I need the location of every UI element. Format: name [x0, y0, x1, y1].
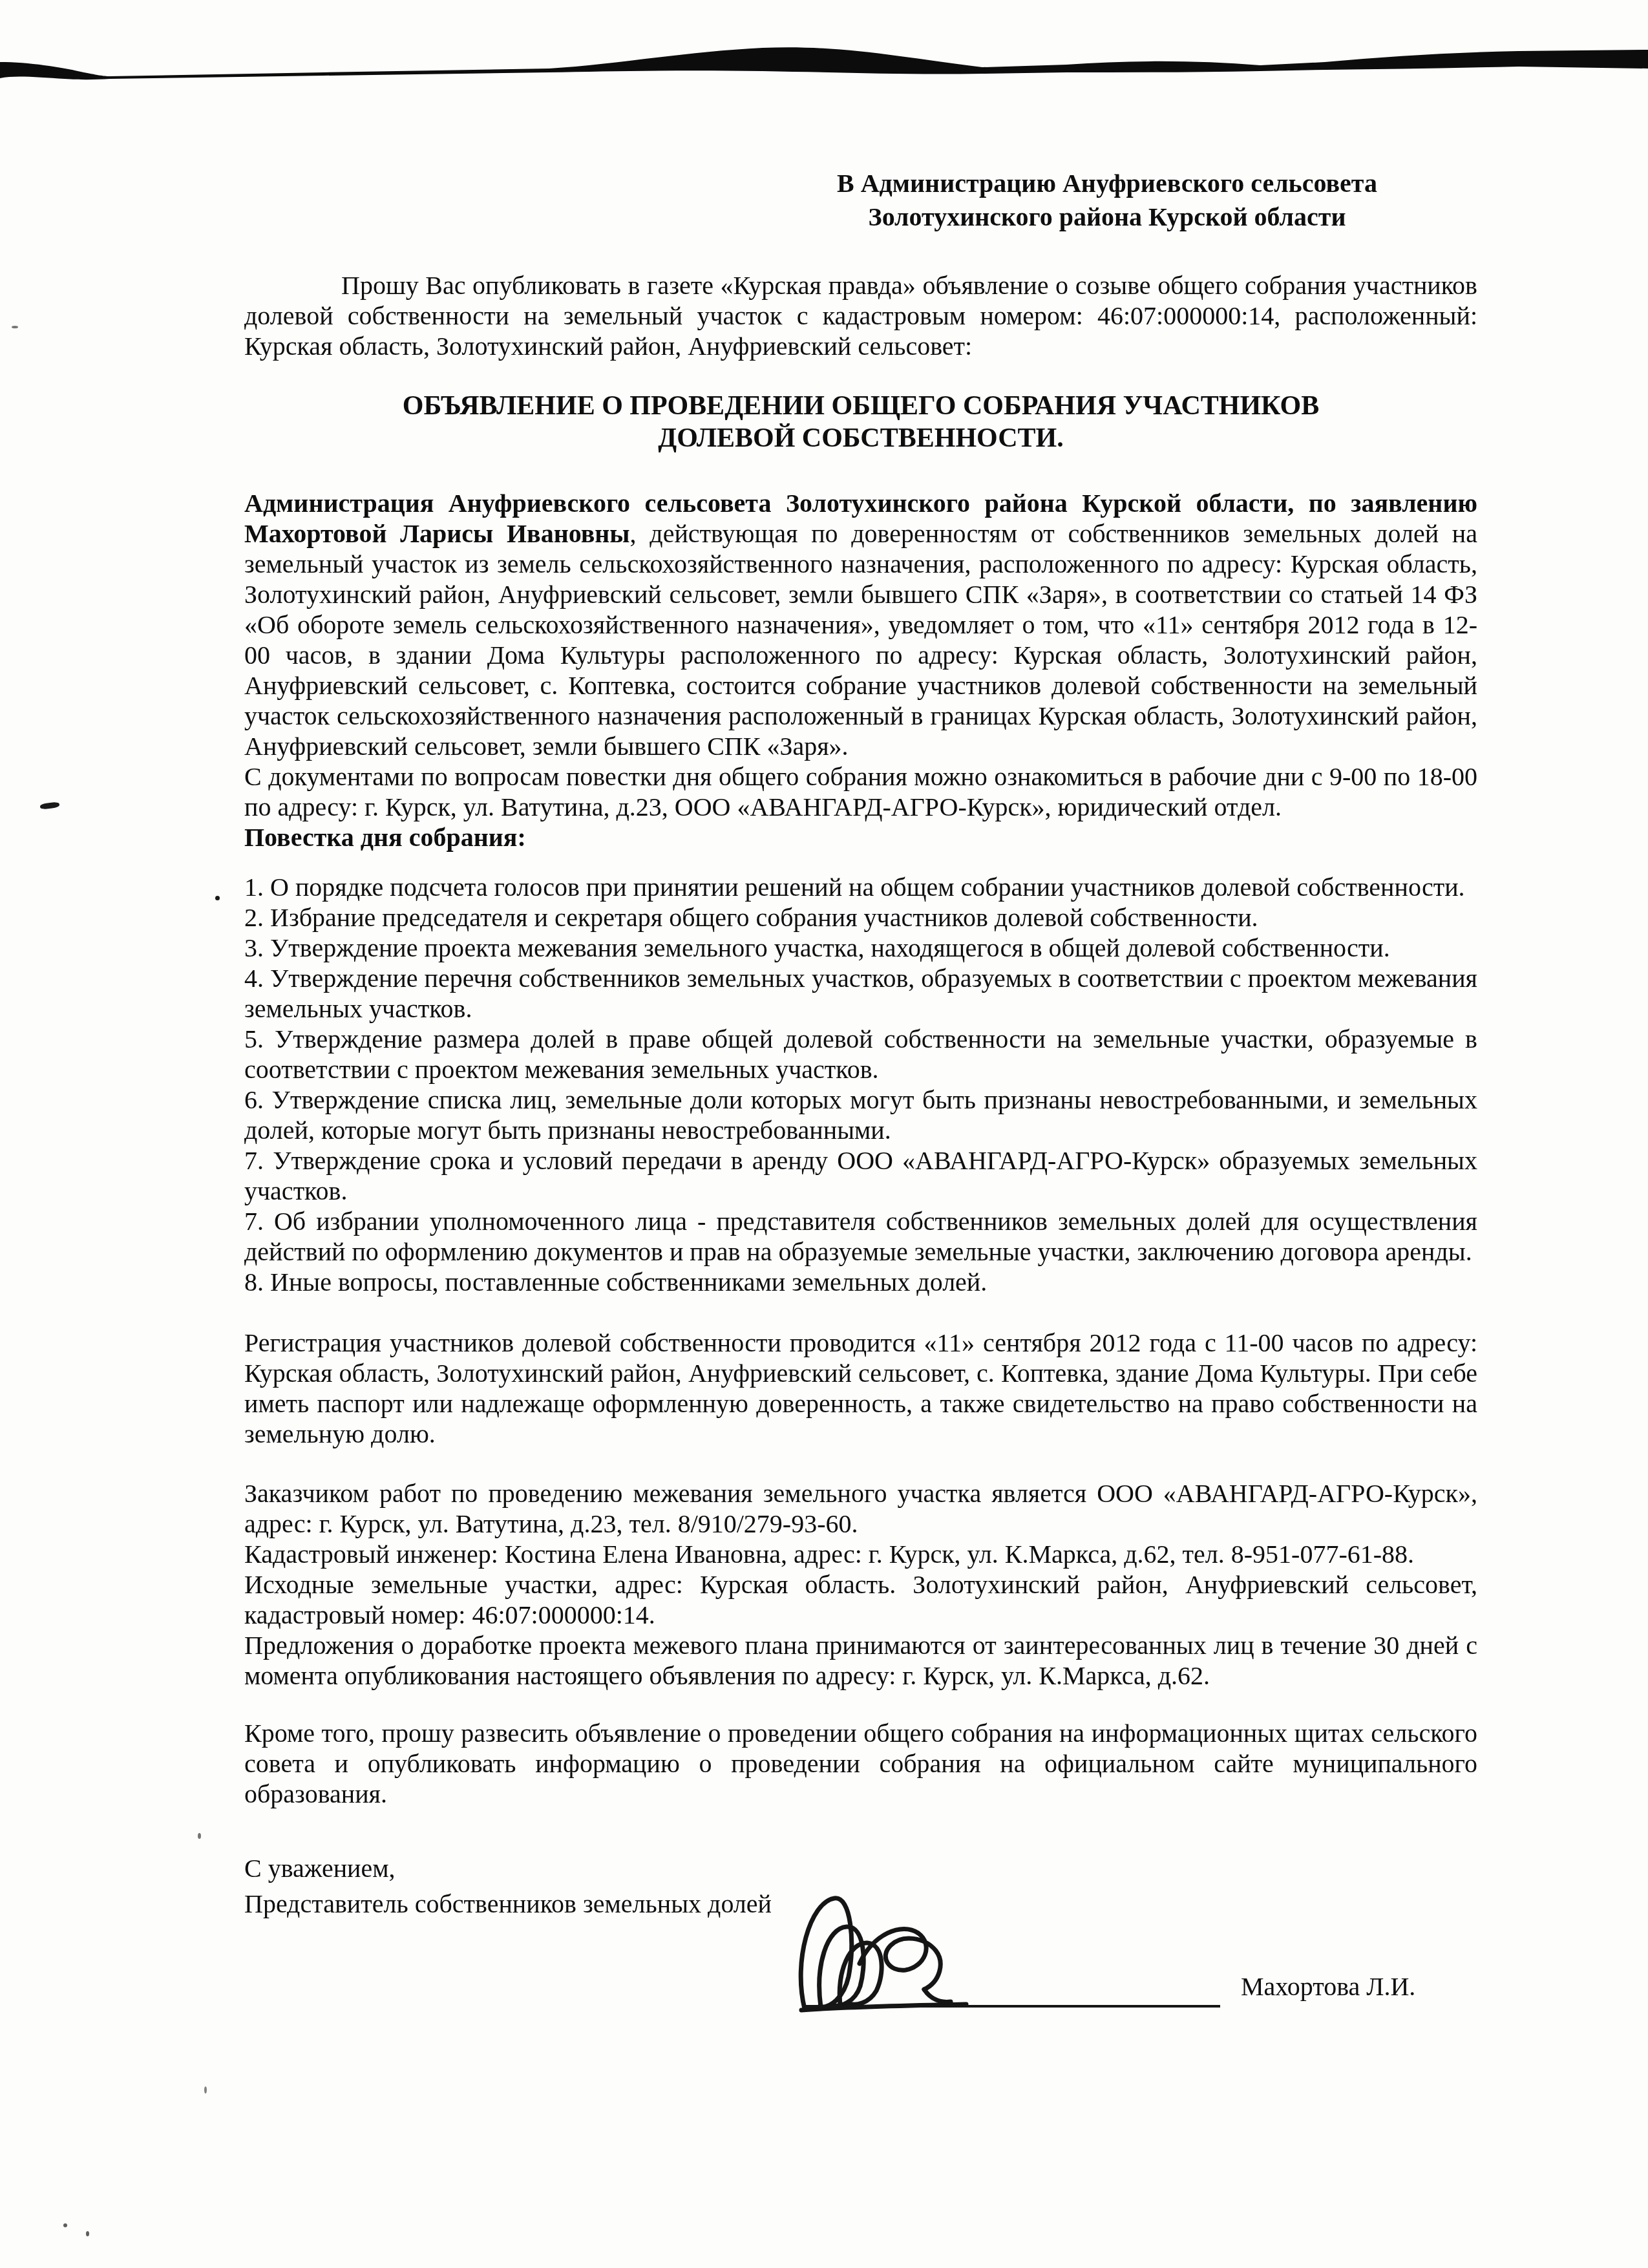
- agenda-item-7: 7. Утверждение срока и условий передачи …: [244, 1145, 1477, 1206]
- intro-paragraph: Прошу Вас опубликовать в газете «Курская…: [244, 270, 1477, 361]
- agenda-item-1: 1. О порядке подсчета голосов при принят…: [244, 872, 1477, 902]
- agenda-item-8: 8. Иные вопросы, поставленные собственни…: [244, 1267, 1477, 1297]
- signature-scribble: [772, 1891, 986, 2020]
- scan-artifact-speck: [86, 2231, 89, 2236]
- documents-info-paragraph: С документами по вопросам повестки дня о…: [244, 761, 1477, 822]
- agenda-heading: Повестка дня собрания:: [244, 822, 1477, 853]
- scan-artifact-speck: [12, 326, 18, 328]
- main-paragraph-rest: , действующая по доверенностям от собств…: [244, 519, 1477, 761]
- scan-artifact-dash: [40, 801, 60, 810]
- recipient-line-2: Золотухинского района Курской области: [813, 200, 1401, 234]
- scan-edge-artifact: [0, 0, 1648, 110]
- announcement-title-line-1: ОБЪЯВЛЕНИЕ О ПРОВЕДЕНИИ ОБЩЕГО СОБРАНИЯ …: [244, 390, 1477, 422]
- scan-artifact-speck: [215, 896, 220, 900]
- announcement-title: ОБЪЯВЛЕНИЕ О ПРОВЕДЕНИИ ОБЩЕГО СОБРАНИЯ …: [244, 390, 1477, 454]
- closing-line: С уважением,: [244, 1853, 1477, 1883]
- scan-artifact-speck: [63, 2223, 67, 2227]
- recipient-line-1: В Администрацию Ануфриевского сельсовета: [813, 167, 1401, 200]
- scan-artifact-speck: [204, 2086, 207, 2093]
- extra-request-paragraph: Кроме того, прошу развесить объявление о…: [244, 1718, 1477, 1809]
- agenda-item-2: 2. Избрание председателя и секретаря общ…: [244, 902, 1477, 933]
- agenda-item-5: 5. Утверждение размера долей в праве общ…: [244, 1024, 1477, 1085]
- source-parcels-paragraph: Исходные земельные участки, адрес: Курск…: [244, 1569, 1477, 1630]
- main-paragraph: Администрация Ануфриевского сельсовета З…: [244, 488, 1477, 761]
- letter-content: В Администрацию Ануфриевского сельсовета…: [244, 167, 1477, 1919]
- announcement-title-line-2: ДОЛЕВОЙ СОБСТВЕННОСТИ.: [244, 422, 1477, 454]
- signature-line: [805, 2005, 1220, 2008]
- scan-artifact-speck: [198, 1833, 201, 1839]
- customer-paragraph: Заказчиком работ по проведению межевания…: [244, 1478, 1477, 1539]
- suggestions-paragraph: Предложения о доработке проекта межевого…: [244, 1630, 1477, 1691]
- agenda-item-6: 6. Утверждение списка лиц, земельные дол…: [244, 1085, 1477, 1145]
- agenda-item-4: 4. Утверждение перечня собственников зем…: [244, 963, 1477, 1024]
- recipient-block: В Администрацию Ануфриевского сельсовета…: [813, 167, 1401, 234]
- registration-paragraph: Регистрация участников долевой собственн…: [244, 1328, 1477, 1449]
- cadastral-engineer-paragraph: Кадастровый инженер: Костина Елена Ивано…: [244, 1539, 1477, 1569]
- scanned-letter-page: В Администрацию Ануфриевского сельсовета…: [0, 0, 1648, 2268]
- agenda-item-7b: 7. Об избрании уполномоченного лица - пр…: [244, 1206, 1477, 1267]
- signatory-name: Махортова Л.И.: [1241, 1971, 1415, 2002]
- agenda-item-3: 3. Утверждение проекта межевания земельн…: [244, 933, 1477, 963]
